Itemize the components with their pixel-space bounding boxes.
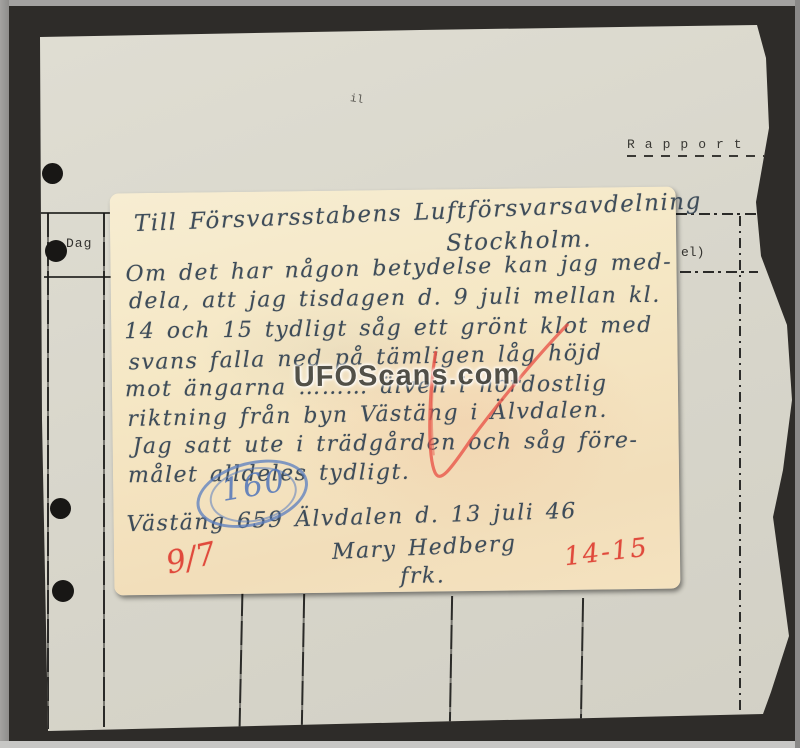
- form-header-rapport: Rapport: [627, 137, 752, 152]
- form-partial-label: el): [681, 245, 704, 260]
- punch-hole: [50, 498, 71, 519]
- ruled-line-horizontal: [680, 271, 758, 273]
- ruled-line-horizontal: [40, 212, 118, 214]
- letter-line-address: Till Försvarsstabens Luftförsvarsavdelni…: [134, 188, 703, 237]
- scan-edge-top: [0, 0, 800, 6]
- letter-line: dela, att jag tisdagen d. 9 juli mellan …: [129, 283, 661, 314]
- ruled-line-vertical: [580, 598, 584, 722]
- red-pencil-date: 9/7: [163, 535, 220, 581]
- ruled-line-vertical: [301, 594, 305, 727]
- scan-edge-right: [795, 0, 800, 748]
- punch-hole: [42, 163, 63, 184]
- ruled-line-vertical: [47, 213, 49, 729]
- ruled-line-vertical: [239, 592, 244, 728]
- red-pencil-time: 14-15: [563, 533, 651, 573]
- ruled-line-horizontal: [44, 276, 118, 278]
- form-column-label-dag: Dag: [66, 236, 92, 251]
- ledger-form-sheet: Rapport Dag el) il Till Försvarsstabens …: [0, 0, 800, 748]
- scan-edge-bottom: [0, 741, 800, 748]
- ruled-line-vertical: [449, 596, 453, 725]
- scan-edge-left: [0, 0, 9, 748]
- ruled-line-vertical: [739, 216, 741, 710]
- form-header-underline: [627, 155, 767, 157]
- punch-hole: [52, 580, 74, 602]
- letter-line-signature: Mary Hedberg: [331, 531, 517, 565]
- stray-pen-mark: il: [349, 93, 364, 107]
- punch-hole: [45, 240, 67, 262]
- ruled-line-vertical: [103, 213, 105, 727]
- handwritten-report-card: Till Försvarsstabens Luftförsvarsavdelni…: [110, 187, 681, 596]
- watermark-text: UFOScans.com: [294, 358, 521, 394]
- red-checkmark: [411, 313, 583, 490]
- letter-line-title: frk.: [400, 563, 445, 589]
- letter-line: Om det har någon betydelse kan jag med-: [125, 250, 672, 287]
